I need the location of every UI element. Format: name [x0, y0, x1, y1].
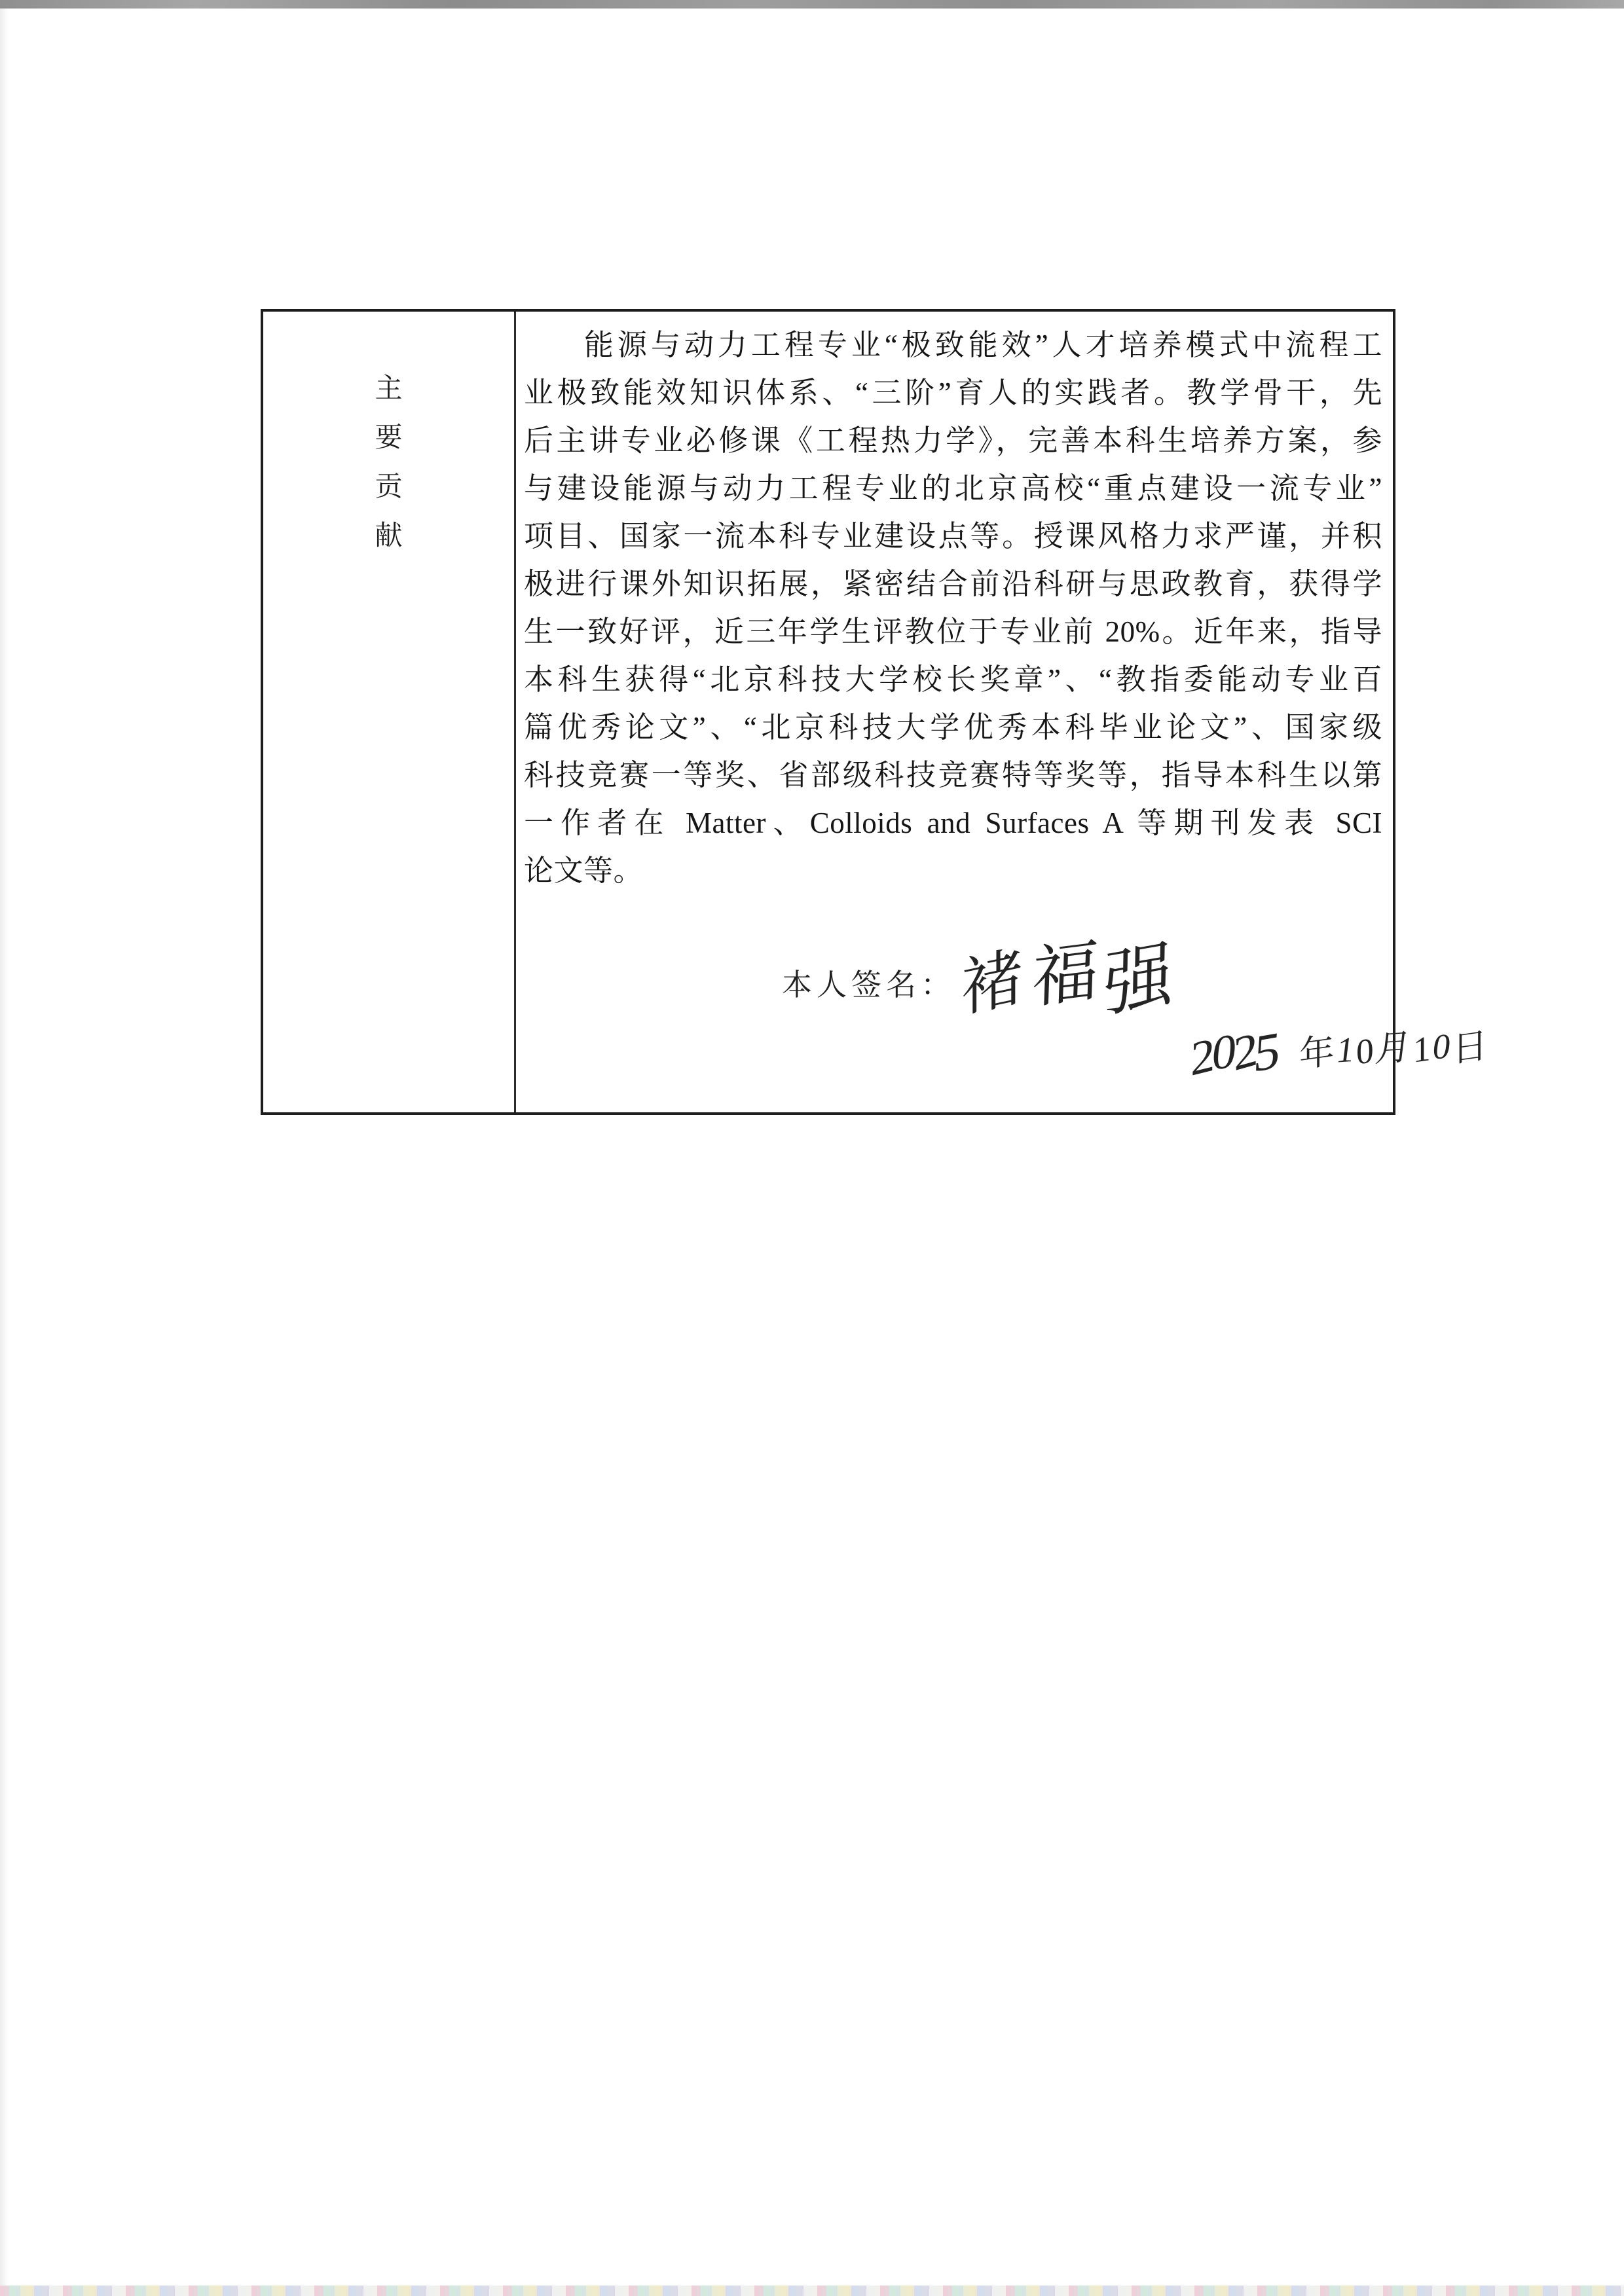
handwritten-date-suffix: 年10月10日 [1298, 1019, 1490, 1076]
glyph: 福 [1031, 917, 1100, 1021]
glyph: 献 [375, 522, 402, 550]
contribution-paragraph: 能源与动力工程专业“极致能效”人才培养模式中流程工业极致能效知识体系、“三阶”育… [524, 321, 1382, 895]
glyph: 5 [1251, 1021, 1279, 1085]
paragraph-line: 一作者在 Matter、Colloids and Surfaces A 等期刊发… [524, 799, 1382, 847]
scan-artifact-bottom-noise [0, 2286, 1624, 2296]
handwritten-date-year: 2025 [1187, 1019, 1280, 1085]
signature-label: 本人签名： [782, 961, 955, 1004]
glyph: 强 [1103, 916, 1174, 1031]
paragraph-line: 项目、国家一流本科专业建设点等。授课风格力求严谨，并积 [524, 513, 1382, 560]
glyph: 1 [1334, 1029, 1359, 1071]
handwritten-date: 2025年10月10日 [1190, 1024, 1490, 1080]
paragraph-line: 生一致好评，近三年学生评教位于专业前 20%。近年来，指导 [524, 608, 1382, 656]
paragraph-line: 科技竞赛一等奖、省部级科技竞赛特等奖等，指导本科生以第 [524, 752, 1382, 799]
glyph: 月 [1373, 1019, 1416, 1072]
scanned-document-page: 主要贡献 能源与动力工程专业“极致能效”人才培养模式中流程工业极致能效知识体系、… [0, 0, 1624, 2296]
glyph: 1 [1413, 1027, 1433, 1071]
contribution-table: 主要贡献 能源与动力工程专业“极致能效”人才培养模式中流程工业极致能效知识体系、… [261, 309, 1395, 1115]
paragraph-line: 业极致能效知识体系、“三阶”育人的实践者。教学骨干，先 [524, 369, 1382, 417]
paragraph-line: 篇优秀论文”、“北京科技大学优秀本科毕业论文”、国家级 [524, 704, 1382, 752]
glyph: 褚 [961, 925, 1023, 1030]
handwritten-signature: 褚福强 [956, 920, 1181, 1027]
paragraph-line: 本科生获得“北京科技大学校长奖章”、“教指委能动专业百 [524, 656, 1382, 704]
glyph: 0 [1430, 1025, 1455, 1068]
paragraph-line: 极进行课外知识拓展，紧密结合前沿科研与思政教育，获得学 [524, 560, 1382, 608]
glyph: 0 [1356, 1029, 1376, 1073]
paragraph-line: 能源与动力工程专业“极致能效”人才培养模式中流程工 [524, 321, 1382, 369]
row-header-main-contribution: 主要贡献 [263, 312, 516, 1112]
glyph: 主 [375, 375, 402, 403]
glyph: 要 [375, 424, 402, 452]
contribution-content-cell: 能源与动力工程专业“极致能效”人才培养模式中流程工业极致能效知识体系、“三阶”育… [516, 312, 1393, 1112]
scan-artifact-left-shade [0, 9, 8, 2287]
paragraph-line: 论文等。 [524, 847, 1382, 895]
glyph: 贡 [375, 473, 402, 501]
paragraph-line: 与建设能源与动力工程专业的北京高校“重点建设一流专业” [524, 465, 1382, 513]
glyph: 年 [1299, 1022, 1336, 1078]
glyph: 2 [1190, 1027, 1212, 1088]
scan-artifact-top-band [0, 0, 1624, 9]
paragraph-line: 后主讲专业必修课《工程热力学》，完善本科生培养方案，参 [524, 417, 1382, 465]
glyph: 日 [1452, 1017, 1489, 1073]
